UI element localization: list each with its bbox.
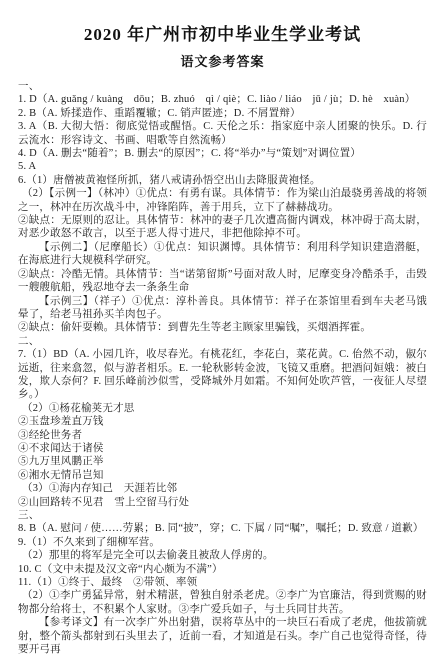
answer-line-q6-1: 6.（1）唐僧被黄袍怪所抓，猪八戒请孙悟空出山去降服黄袍怪。 — [18, 174, 427, 187]
answer-line-q7-2-3: ③经纶世务者 — [18, 429, 427, 442]
answer-line-q6-2-ex3-con: ②缺点：偷奸耍赖。具体情节：到曹先生等老主顾家里骗钱，买烟酒挥霍。 — [18, 321, 427, 334]
answer-line-q8: 8. B（A. 慰问 / 使……劳累；B. 同“披”，穿；C. 下属 / 同“嘱… — [18, 522, 427, 535]
answer-line-q1: 1. D（A. guǎng / kuàng dōu；B. zhuó qì / q… — [18, 93, 427, 106]
answer-line-q5: 5. A — [18, 160, 427, 173]
answer-line-q6-2-ex1-pro: （2）【示例一】（林冲）①优点：有勇有谋。具体情节：作为梁山泊最骁勇善战的将领之… — [18, 187, 427, 214]
section-3-label: 三、 — [18, 509, 427, 522]
section-1-label: 一、 — [18, 80, 427, 93]
answer-line-q9-1: 9.（1）不久来到了细柳军营。 — [18, 536, 427, 549]
answer-line-q6-2-ex1-con: ②缺点：无原则的忍让。具体情节：林冲的妻子几次遭高衙内调戏，林冲碍于高太尉，对恶… — [18, 214, 427, 241]
answer-line-q7-2-5: ⑤九万里风鹏正举 — [18, 455, 427, 468]
answer-line-q7-2-1: （2）①杨花榆荚无才思 — [18, 402, 427, 415]
page-title: 2020 年广州市初中毕业生学业考试 — [18, 20, 427, 45]
answer-line-q11-2: （2）①李广勇猛异常，射术精湛，曾独自射杀老虎。②李广为官廉洁，得到赏赐的财物都… — [18, 589, 427, 616]
answer-line-q7-1: 7.（1）BD（A. 小园几许，收尽春光。有桃花红，李花白，菜花黄。C. 佁然不… — [18, 348, 427, 402]
answer-line-q6-2-ex2-pro: 【示例二】（尼摩船长）①优点：知识渊博。具体情节：利用科学知识建造潜艇，在海底进… — [18, 241, 427, 268]
page-subtitle: 语文参考答案 — [18, 51, 427, 70]
answer-line-q7-3-1: （3）①海内存知己 天涯若比邻 — [18, 482, 427, 495]
answer-line-q7-2-4: ④不求闻达于诸侯 — [18, 442, 427, 455]
answer-line-q7-2-6: ⑥湘水无情吊岂知 — [18, 469, 427, 482]
answer-line-translation: 【参考译文】有一次李广外出射猎，误将草丛中的一块巨石看成了老虎，他拔箭就射，整个… — [18, 616, 427, 656]
answer-line-q6-2-ex2-con: ②缺点：冷酷无情。具体情节：当“诺第留斯”号面对敌人时，尼摩变身冷酷杀手，击毁一… — [18, 268, 427, 295]
answer-line-q10: 10. C（文中未提及汉文帝“内心颇为不满”） — [18, 563, 427, 576]
answer-line-q7-2-2: ②玉盘珍羞直万钱 — [18, 415, 427, 428]
section-2-label: 二、 — [18, 335, 427, 348]
answer-line-q9-2: （2）那里的将军是完全可以去偷袭且被敌人俘虏的。 — [18, 549, 427, 562]
answer-line-q11-1: 11.（1）①终于、最终 ②带领、率领 — [18, 576, 427, 589]
answer-sheet-page: 2020 年广州市初中毕业生学业考试 语文参考答案 一、 1. D（A. guǎ… — [0, 0, 444, 656]
answer-line-q7-3-2: ②山回路转不见君 雪上空留马行处 — [18, 496, 427, 509]
answer-line-q6-2-ex3-pro: 【示例三】（祥子）①优点：淳朴善良。具体情节：祥子在茶馆里看到车夫老马饿晕了，给… — [18, 295, 427, 322]
answer-line-q4: 4. D（A. 删去“随着”；B. 删去“的原因”；C. 将“举办”与“策划”对… — [18, 147, 427, 160]
answer-line-q3: 3. A（B. 大彻大悟：彻底觉悟或醒悟。C. 天伦之乐：指家庭中亲人团聚的快乐… — [18, 120, 427, 147]
answer-body: 一、 1. D（A. guǎng / kuàng dōu；B. zhuó qì … — [18, 80, 427, 656]
answer-line-q2: 2. B（A. 矫揉造作、重蹈覆辙；C. 销声匿迹；D. 不屑置辩） — [18, 107, 427, 120]
